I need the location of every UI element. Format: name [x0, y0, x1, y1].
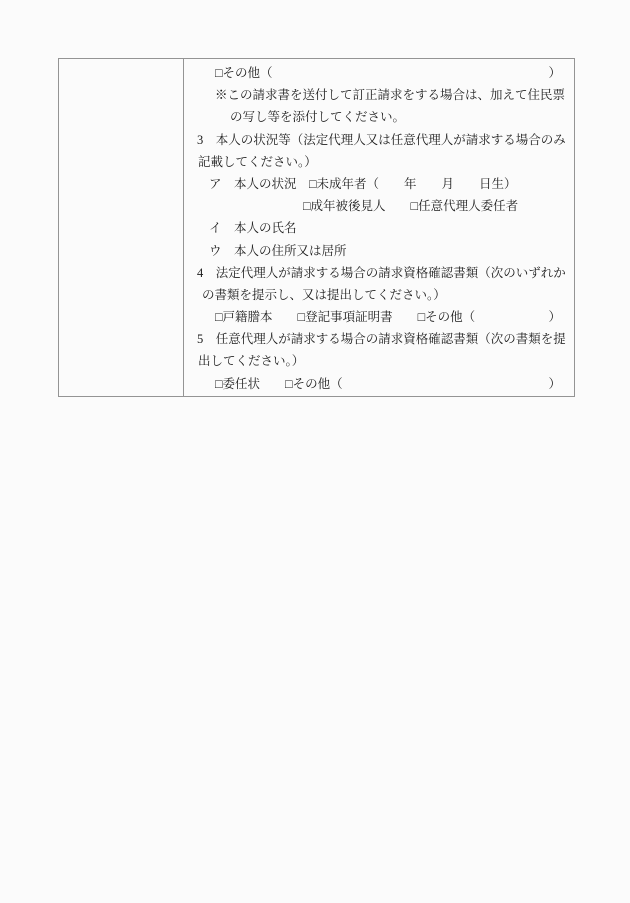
form-line-9: ウ 本人の住所又は居所	[184, 240, 574, 262]
form-line-text: ※この請求書を送付して訂正請求をする場合は、加えて住民票	[215, 84, 565, 106]
form-line-text: □成年被後見人 □任意代理人委任者	[303, 195, 518, 217]
form-line-6: ア 本人の状況 □未成年者（ 年 月 日生）	[184, 173, 574, 195]
form-line-4: 3 本人の状況等（法定代理人又は任意代理人が請求する場合のみ	[184, 129, 574, 151]
close-paren: ）	[548, 62, 561, 84]
form-line-text: ウ 本人の住所又は居所	[209, 240, 347, 262]
form-line-2: ※この請求書を送付して訂正請求をする場合は、加えて住民票	[184, 84, 574, 106]
form-line-1: □その他（）	[184, 62, 574, 84]
form-line-12: □戸籍謄本 □登記事項証明書 □その他（）	[184, 306, 574, 328]
form-line-text: イ 本人の氏名	[209, 217, 297, 239]
form-line-14: 出してください。）	[184, 350, 574, 372]
form-line-8: イ 本人の氏名	[184, 217, 574, 239]
form-line-text: 3 本人の状況等（法定代理人又は任意代理人が請求する場合のみ	[197, 129, 566, 151]
close-paren: ）	[548, 373, 561, 395]
form-line-3: の写し等を添付してください。	[184, 106, 574, 128]
form-line-text: □戸籍謄本 □登記事項証明書 □その他（	[215, 306, 475, 328]
form-line-15: □委任状 □その他（）	[184, 373, 574, 395]
form-line-10: 4 法定代理人が請求する場合の請求資格確認書類（次のいずれか	[184, 262, 574, 284]
form-line-text: □委任状 □その他（	[215, 373, 343, 395]
form-line-text: の写し等を添付してください。	[230, 106, 405, 128]
form-line-text: 出してください。）	[198, 350, 304, 372]
form-line-5: 記載してください。）	[184, 151, 574, 173]
form-line-text: 記載してください。）	[198, 151, 317, 173]
form-line-text: 5 任意代理人が請求する場合の請求資格確認書類（次の書類を提	[197, 328, 566, 350]
form-line-text: の書類を提示し、又は提出してください。）	[202, 284, 446, 306]
form-line-text: □その他（	[215, 62, 273, 84]
close-paren: ）	[548, 306, 561, 328]
form-table: □その他（）※この請求書を送付して訂正請求をする場合は、加えて住民票の写し等を添…	[58, 58, 575, 397]
form-line-text: ア 本人の状況 □未成年者（ 年 月 日生）	[209, 173, 517, 195]
form-line-13: 5 任意代理人が請求する場合の請求資格確認書類（次の書類を提	[184, 328, 574, 350]
form-line-11: の書類を提示し、又は提出してください。）	[184, 284, 574, 306]
table-right-cell: □その他（）※この請求書を送付して訂正請求をする場合は、加えて住民票の写し等を添…	[184, 59, 574, 396]
table-left-cell	[59, 59, 184, 396]
document-page: □その他（）※この請求書を送付して訂正請求をする場合は、加えて住民票の写し等を添…	[0, 0, 630, 903]
form-line-7: □成年被後見人 □任意代理人委任者	[184, 195, 574, 217]
form-line-text: 4 法定代理人が請求する場合の請求資格確認書類（次のいずれか	[197, 262, 566, 284]
